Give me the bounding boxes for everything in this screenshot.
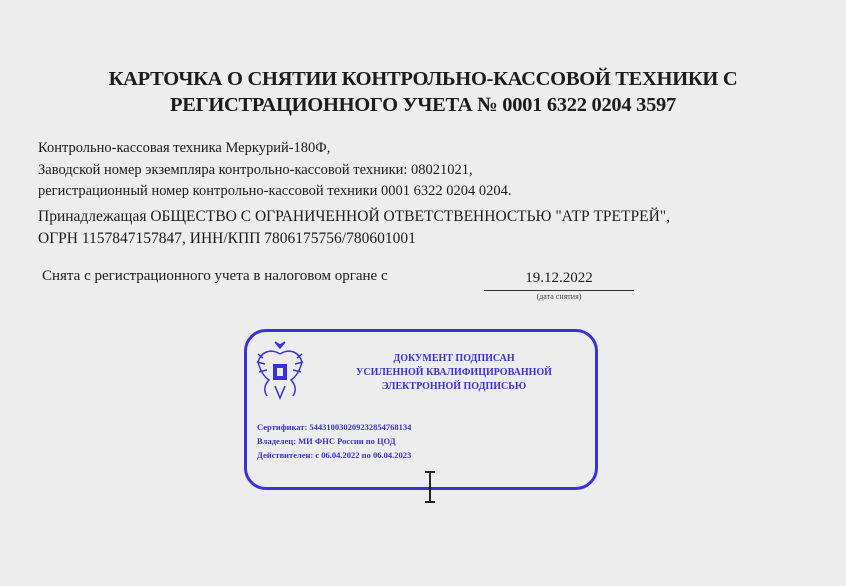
stamp-heading-line: УСИЛЕННОЙ КВАЛИФИЦИРОВАННОЙ [317, 366, 591, 380]
owner: Принадлежащая ОБЩЕСТВО С ОГРАНИЧЕННОЙ ОТ… [38, 208, 670, 226]
stamp-heading: ДОКУМЕНТ ПОДПИСАН УСИЛЕННОЙ КВАЛИФИЦИРОВ… [317, 352, 591, 394]
kkt-model: Контрольно-кассовая техника Меркурий-180… [38, 140, 330, 157]
text-cursor-icon [423, 470, 437, 504]
removed-label: Снята с регистрационного учета в налогов… [42, 268, 388, 285]
registration-number: регистрационный номер контрольно-кассово… [38, 183, 512, 200]
signature-stamp: ДОКУМЕНТ ПОДПИСАН УСИЛЕННОЙ КВАЛИФИЦИРОВ… [244, 329, 598, 490]
certificate-validity: Действителен: с 06.04.2022 по 06.04.2023 [257, 448, 411, 462]
owner-ids: ОГРН 1157847157847, ИНН/КПП 7806175756/7… [38, 230, 416, 248]
certificate-number: Сертификат: 544310030209232854768134 [257, 420, 411, 434]
stamp-info: Сертификат: 544310030209232854768134 Вла… [257, 420, 411, 462]
certificate-issuer: Владелец: МИ ФНС России по ЦОД [257, 434, 411, 448]
serial-number: Заводской номер экземпляра контрольно-ка… [38, 162, 473, 179]
stamp-heading-line: ЭЛЕКТРОННОЙ ПОДПИСЬЮ [317, 380, 591, 394]
removed-date: 19.12.2022 [484, 270, 634, 287]
date-caption: (дата снятия) [484, 292, 634, 301]
title-line-2: РЕГИСТРАЦИОННОГО УЧЕТА № 0001 6322 0204 … [0, 92, 846, 118]
date-underline [484, 290, 634, 291]
title-line-1: КАРТОЧКА О СНЯТИИ КОНТРОЛЬНО-КАССОВОЙ ТЕ… [0, 66, 846, 92]
stamp-heading-line: ДОКУМЕНТ ПОДПИСАН [317, 352, 591, 366]
coat-of-arms-icon [255, 340, 305, 400]
